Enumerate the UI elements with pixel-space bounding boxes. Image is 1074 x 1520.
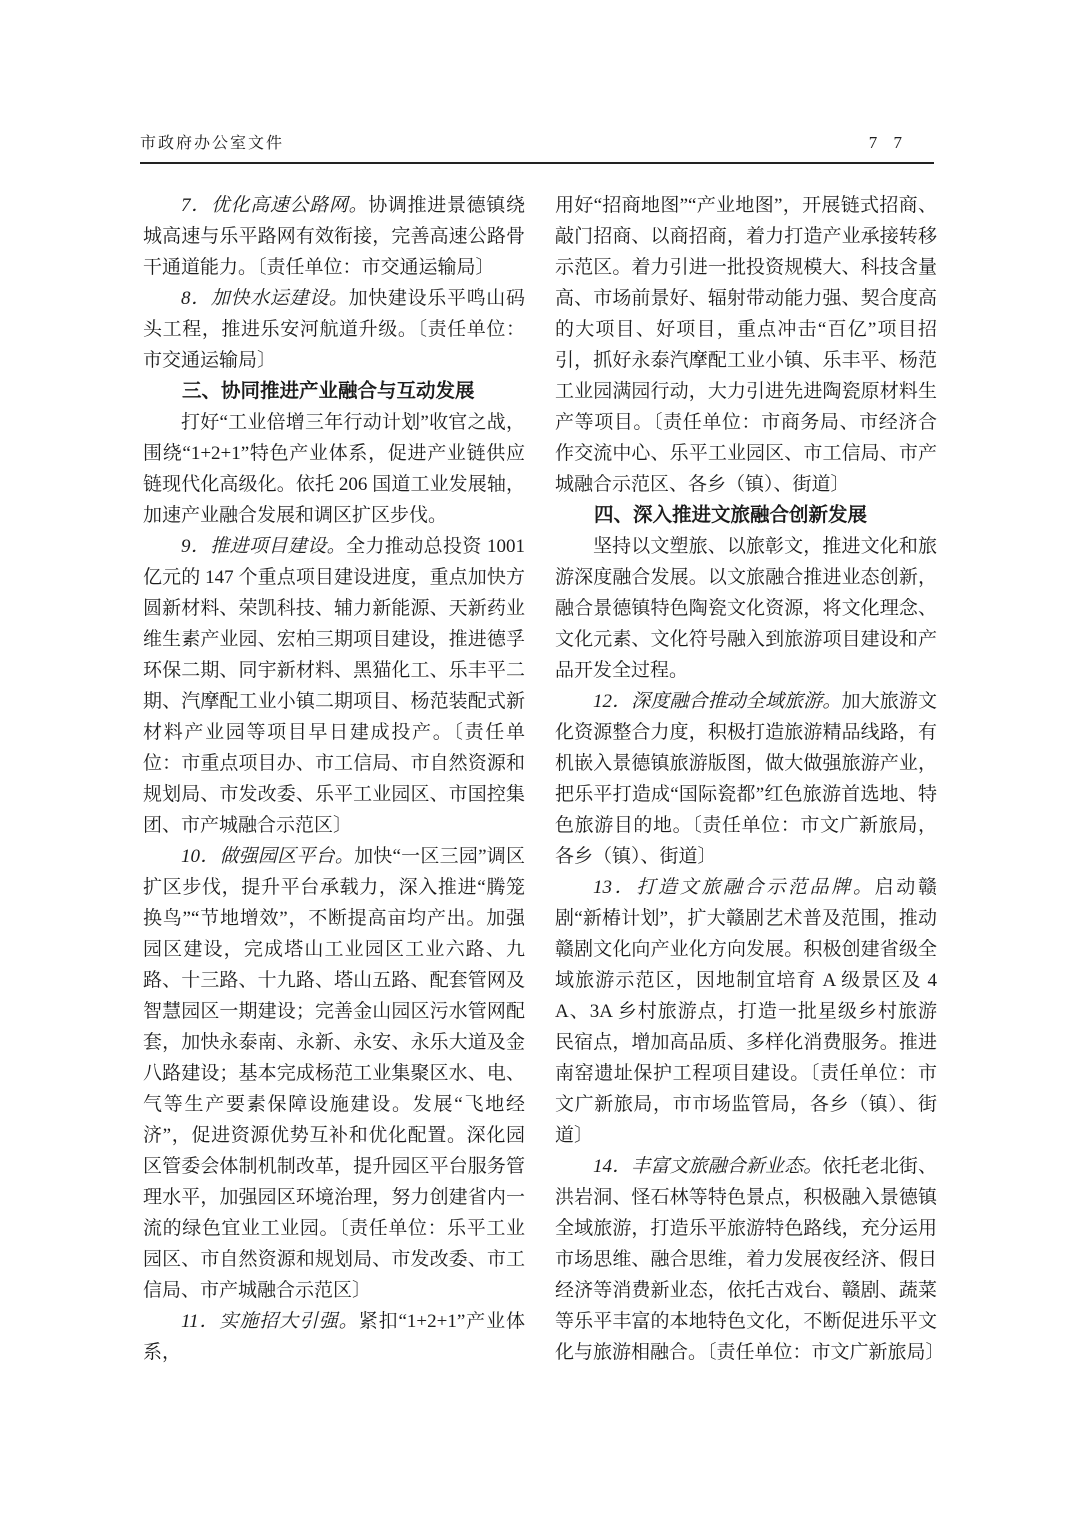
section-heading: 三、协同推进产业融合与互动发展	[143, 376, 525, 407]
document-page: 市政府办公室文件 7 7 7．优化高速公路网。协调推进景德镇绕城高速与乐平路网有…	[0, 0, 1074, 1520]
header-doc-label: 市政府办公室文件	[140, 130, 284, 153]
item-lead: 8．加快水运建设。	[181, 288, 349, 309]
paragraph: 10．做强园区平台。加快“一区三园”调区扩区步伐，提升平台承载力，深入推进“腾笼…	[143, 841, 525, 1306]
paragraph: 用好“招商地图”“产业地图”，开展链式招商、敲门招商、以商招商，着力打造产业承接…	[555, 190, 937, 500]
paragraph: 9．推进项目建设。全力推动总投资 1001 亿元的 147 个重点项目建设进度，…	[143, 531, 525, 841]
item-lead: 12．深度融合推动全域旅游。	[593, 691, 842, 712]
item-lead: 7．优化高速公路网。	[181, 195, 368, 216]
paragraph: 13．打造文旅融合示范品牌。启动赣剧“新椿计划”，扩大赣剧艺术普及范围，推动赣剧…	[555, 872, 937, 1151]
paragraph: 坚持以文塑旅、以旅彰文，推进文化和旅游深度融合发展。以文旅融合推进业态创新，融合…	[555, 531, 937, 686]
paragraph: 打好“工业倍增三年行动计划”收官之战，围绕“1+2+1”特色产业体系，促进产业链…	[143, 407, 525, 531]
paragraph: 11．实施招大引强。紧扣“1+2+1”产业体系，	[143, 1306, 525, 1368]
paragraph: 7．优化高速公路网。协调推进景德镇绕城高速与乐平路网有效衔接，完善高速公路骨干通…	[143, 190, 525, 283]
left-column: 7．优化高速公路网。协调推进景德镇绕城高速与乐平路网有效衔接，完善高速公路骨干通…	[143, 190, 525, 1368]
right-column: 用好“招商地图”“产业地图”，开展链式招商、敲门招商、以商招商，着力打造产业承接…	[555, 190, 937, 1368]
paragraph: 14．丰富文旅融合新业态。依托老北街、洪岩洞、怪石林等特色景点，积极融入景德镇全…	[555, 1151, 937, 1368]
item-lead: 11．实施招大引强。	[181, 1311, 359, 1332]
item-lead: 14．丰富文旅融合新业态。	[593, 1156, 822, 1177]
paragraph: 12．深度融合推动全域旅游。加大旅游文化资源整合力度，积极打造旅游精品线路，有机…	[555, 686, 937, 872]
item-lead: 10．做强园区平台。	[181, 846, 354, 867]
page-number: 7 7	[869, 133, 934, 153]
item-lead: 9．推进项目建设。	[181, 536, 346, 557]
item-lead: 13．打造文旅融合示范品牌。	[593, 877, 875, 898]
document-body: 7．优化高速公路网。协调推进景德镇绕城高速与乐平路网有效衔接，完善高速公路骨干通…	[143, 190, 937, 1368]
page-header: 市政府办公室文件 7 7	[140, 130, 934, 164]
section-heading: 四、深入推进文旅融合创新发展	[555, 500, 937, 531]
paragraph: 8．加快水运建设。加快建设乐平鸣山码头工程，推进乐安河航道升级。〔责任单位：市交…	[143, 283, 525, 376]
